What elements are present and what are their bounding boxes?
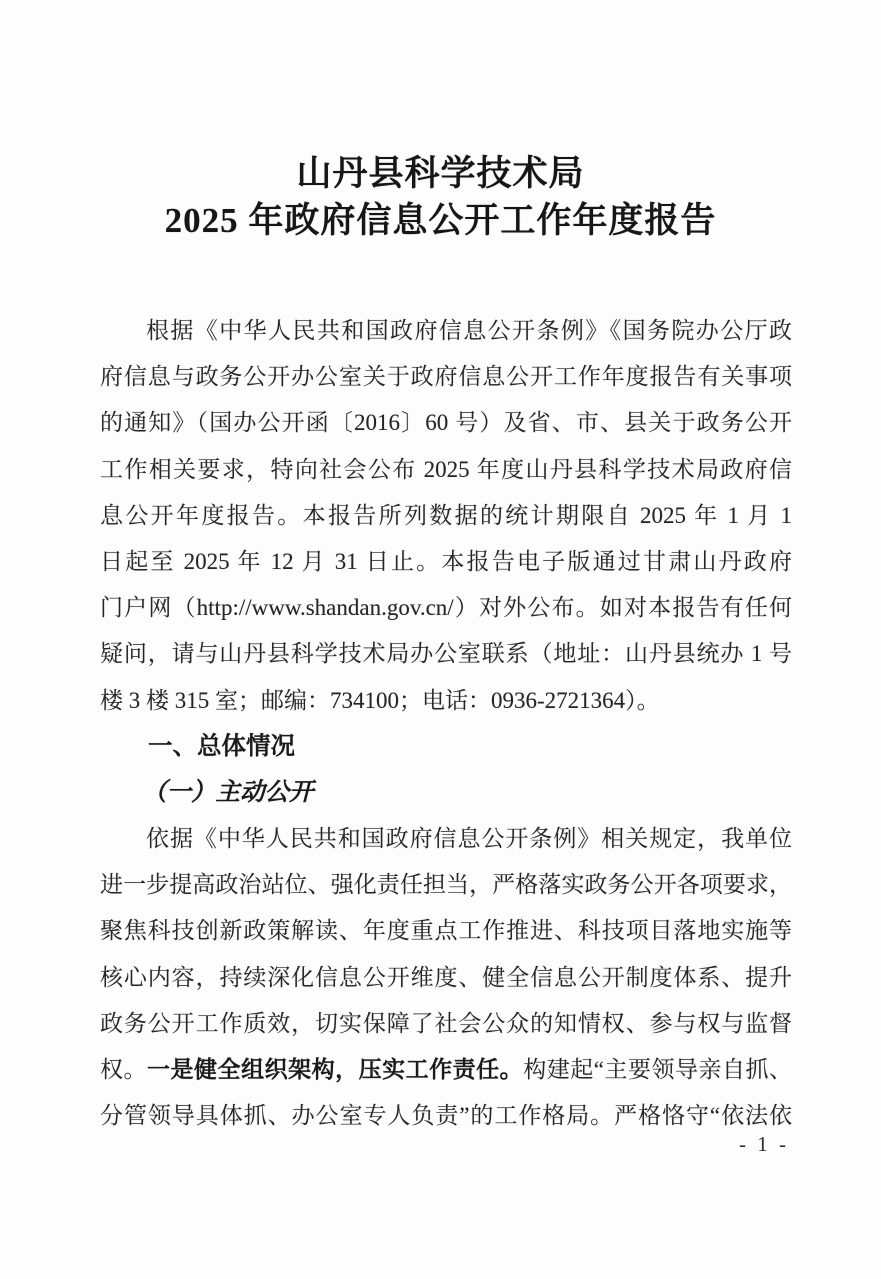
document-body: 根据《中华人民共和国政府信息公开条例》《国务院办公厅政府信息与政务公开办公室关于…: [100, 308, 792, 1139]
text-segment: 门户网（http://www.shandan.gov.cn/）对外公布。如对本报…: [100, 595, 792, 620]
text-segment: 核心内容，持续深化信息公开维度、健全信息公开制度体系、提升: [100, 965, 792, 990]
text-line: 进一步提高政治站位、强化责任担当，严格落实政务公开各项要求，: [100, 862, 792, 908]
text-line: 息公开年度报告。本报告所列数据的统计期限自 2025 年 1 月 1: [100, 493, 792, 539]
text-segment: 构建起“主要领导亲自抓、: [523, 1057, 792, 1082]
bold-text-segment: 一是健全组织架构，压实工作责任。: [147, 1057, 523, 1082]
text-line: 日起至 2025 年 12 月 31 日止。本报告电子版通过甘肃山丹政府: [100, 539, 792, 585]
text-line: 权。一是健全组织架构，压实工作责任。构建起“主要领导亲自抓、: [100, 1047, 792, 1093]
document-page: 山丹县科学技术局 2025 年政府信息公开工作年度报告 根据《中华人民共和国政府…: [0, 0, 881, 1279]
text-segment: 权。: [100, 1057, 147, 1082]
text-line: 疑问，请与山丹县科学技术局办公室联系（地址：山丹县统办 1 号: [100, 631, 792, 677]
text-segment: 日起至 2025 年 12 月 31 日止。本报告电子版通过甘肃山丹政府: [100, 549, 792, 574]
text-line: 核心内容，持续深化信息公开维度、健全信息公开制度体系、提升: [100, 955, 792, 1001]
paragraph-intro: 根据《中华人民共和国政府信息公开条例》《国务院办公厅政府信息与政务公开办公室关于…: [100, 308, 792, 724]
text-segment: 息公开年度报告。本报告所列数据的统计期限自 2025 年 1 月 1: [100, 503, 792, 528]
title-line-2: 2025 年政府信息公开工作年度报告: [0, 197, 881, 244]
text-line: 府信息与政务公开办公室关于政府信息公开工作年度报告有关事项: [100, 354, 792, 400]
text-line: 楼 3 楼 315 室；邮编：734100；电话：0936-2721364）。: [100, 678, 792, 724]
text-segment: 聚焦科技创新政策解读、年度重点工作推进、科技项目落地实施等: [100, 918, 792, 943]
text-segment: 府信息与政务公开办公室关于政府信息公开工作年度报告有关事项: [100, 364, 792, 389]
document-title: 山丹县科学技术局 2025 年政府信息公开工作年度报告: [0, 0, 881, 244]
text-segment: 工作相关要求，特向社会公布 2025 年度山丹县科学技术局政府信: [100, 457, 792, 482]
text-segment: 政务公开工作质效，切实保障了社会公众的知情权、参与权与监督: [100, 1011, 792, 1036]
title-line-1: 山丹县科学技术局: [0, 150, 881, 197]
subsection-heading-proactive-disclosure: （一）主动公开: [100, 770, 792, 816]
text-line: 门户网（http://www.shandan.gov.cn/）对外公布。如对本报…: [100, 585, 792, 631]
text-line: 的通知》（国办公开函〔2016〕60 号）及省、市、县关于政务公开: [100, 400, 792, 446]
text-segment: 疑问，请与山丹县科学技术局办公室联系（地址：山丹县统办 1 号: [100, 641, 792, 666]
text-line: 依据《中华人民共和国政府信息公开条例》相关规定，我单位: [100, 816, 792, 862]
text-segment: 根据《中华人民共和国政府信息公开条例》《国务院办公厅政: [146, 318, 792, 343]
text-segment: 依据《中华人民共和国政府信息公开条例》相关规定，我单位: [146, 826, 792, 851]
page-number: - 1 -: [0, 1132, 789, 1157]
text-line: 聚焦科技创新政策解读、年度重点工作推进、科技项目落地实施等: [100, 908, 792, 954]
text-segment: 分管领导具体抓、办公室专人负责”的工作格局。严格恪守“依法依: [100, 1103, 792, 1128]
paragraph-proactive-disclosure: 依据《中华人民共和国政府信息公开条例》相关规定，我单位进一步提高政治站位、强化责…: [100, 816, 792, 1139]
text-line: 根据《中华人民共和国政府信息公开条例》《国务院办公厅政: [100, 308, 792, 354]
text-line: 工作相关要求，特向社会公布 2025 年度山丹县科学技术局政府信: [100, 447, 792, 493]
text-segment: 的通知》（国办公开函〔2016〕60 号）及省、市、县关于政务公开: [100, 410, 792, 435]
text-line: 政务公开工作质效，切实保障了社会公众的知情权、参与权与监督: [100, 1001, 792, 1047]
text-segment: 进一步提高政治站位、强化责任担当，严格落实政务公开各项要求，: [100, 872, 792, 897]
section-heading-overall-situation: 一、总体情况: [100, 724, 792, 770]
text-segment: 楼 3 楼 315 室；邮编：734100；电话：0936-2721364）。: [100, 688, 660, 713]
